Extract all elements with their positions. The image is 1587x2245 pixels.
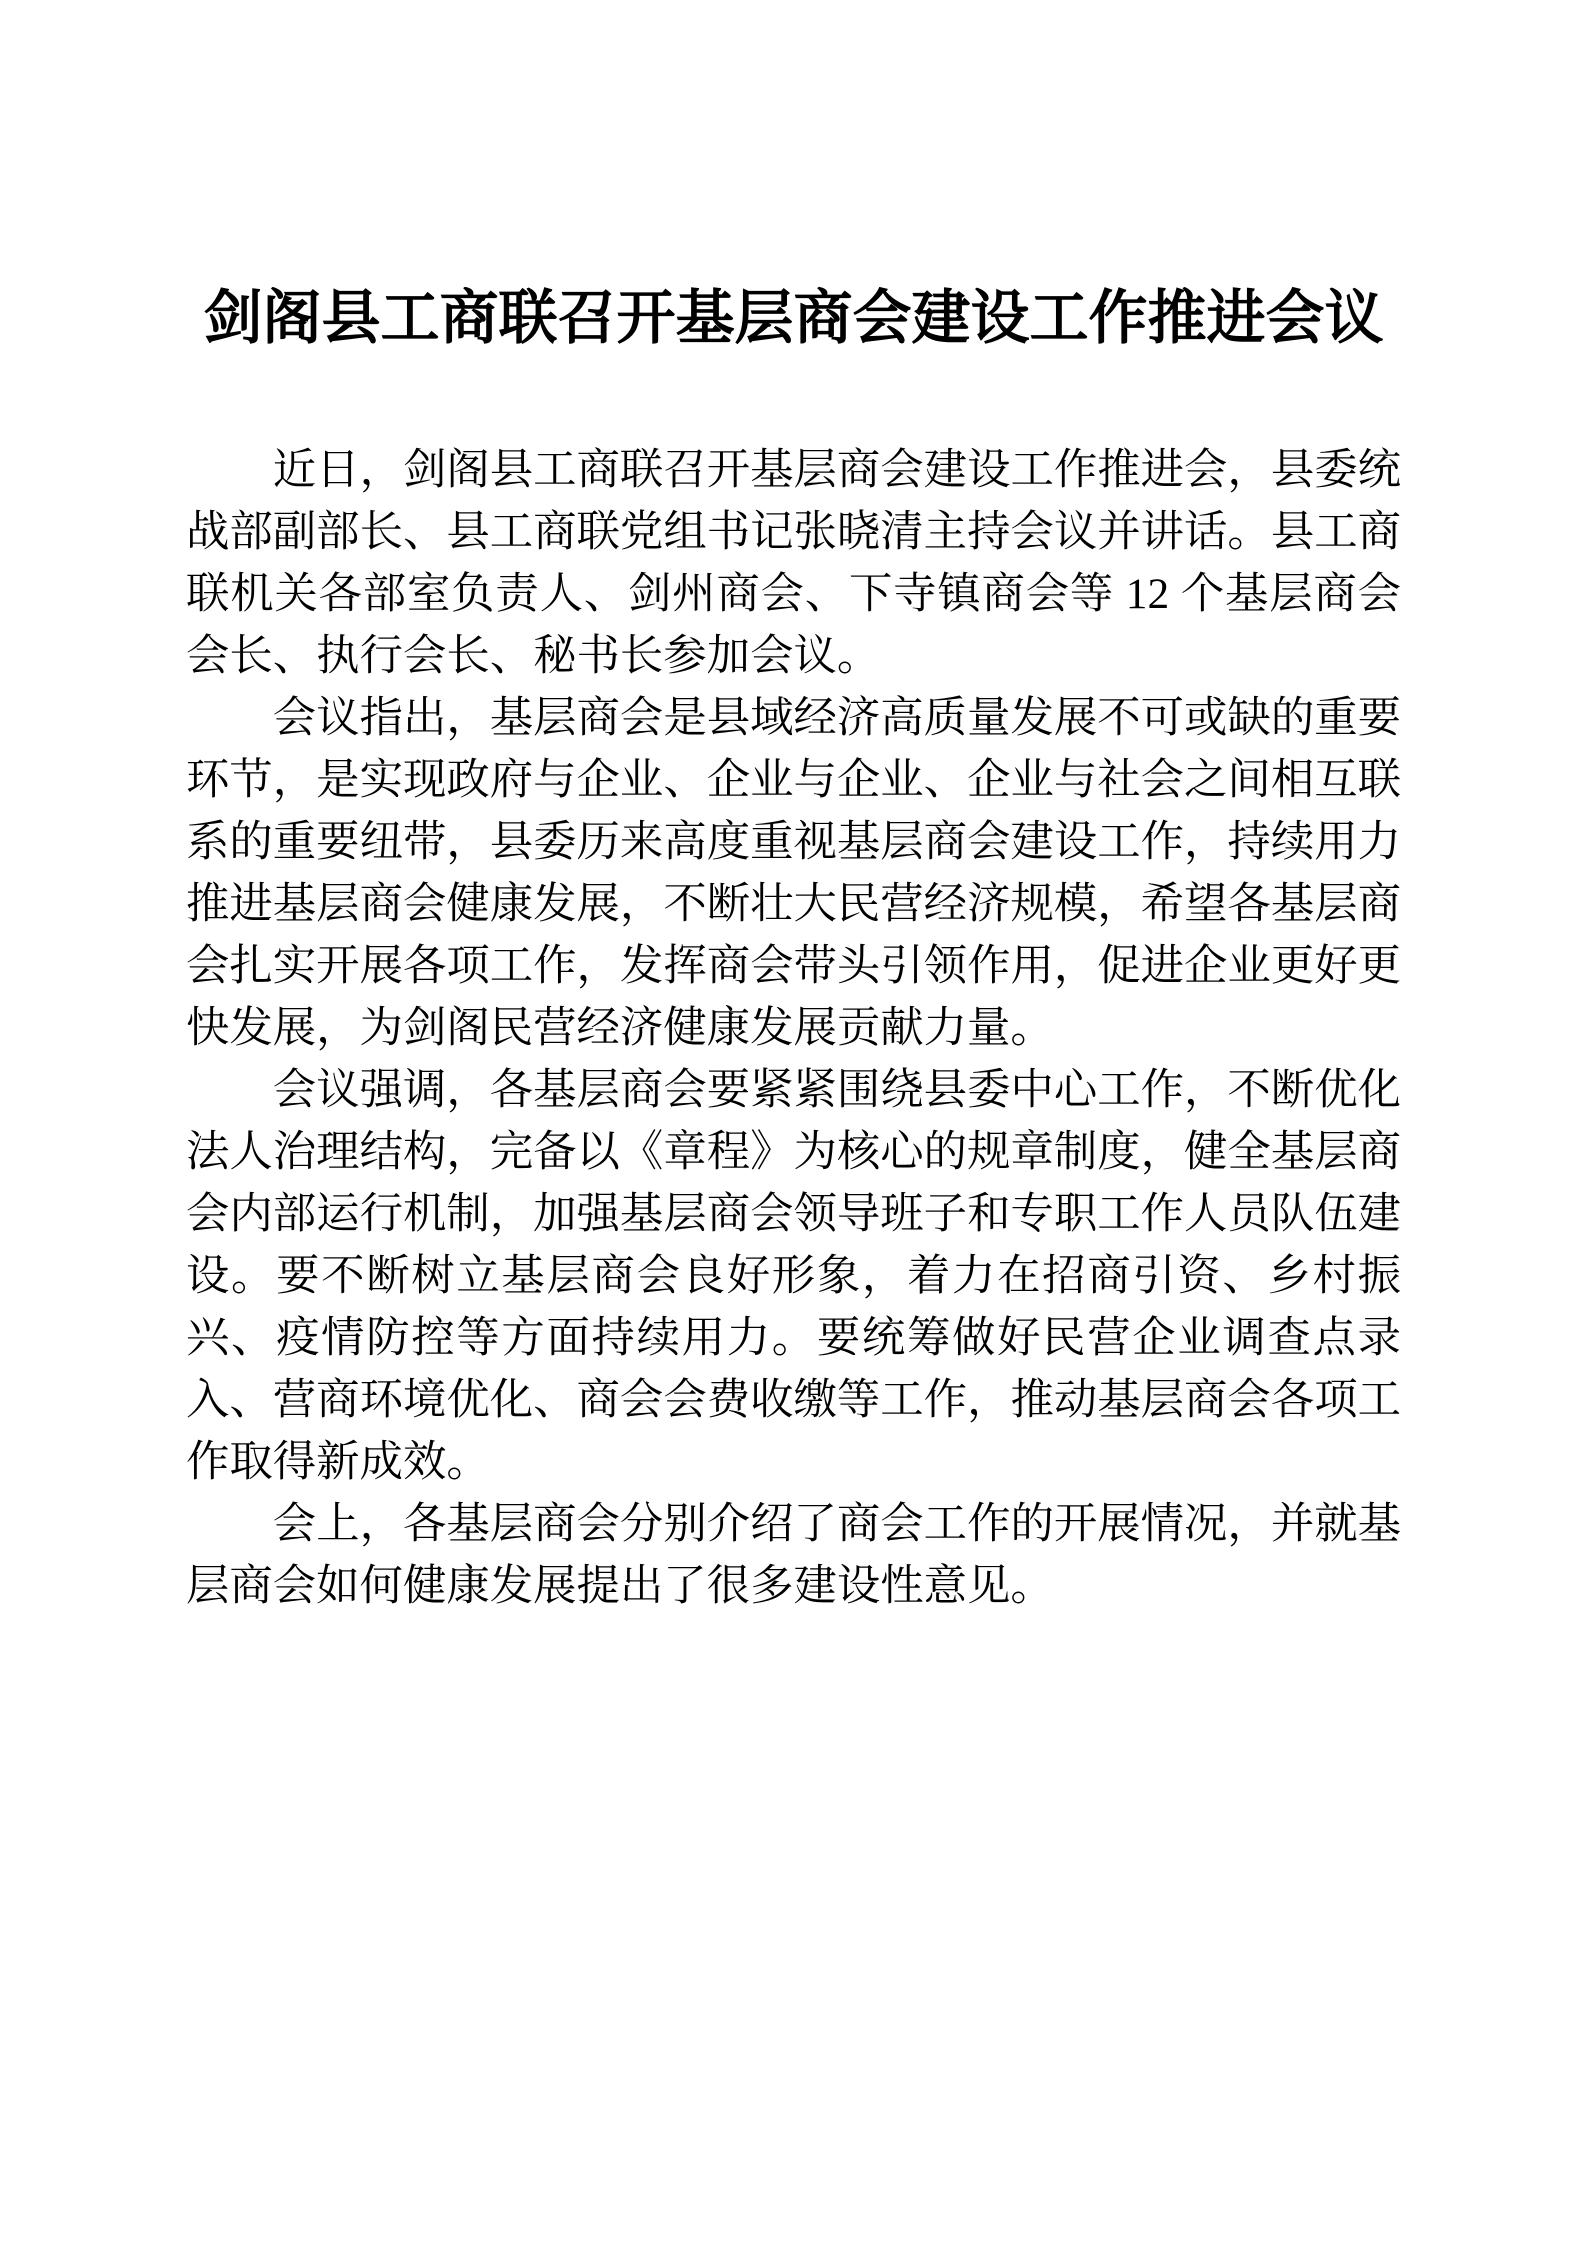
paragraph: 会上，各基层商会分别介绍了商会工作的开展情况，并就基层商会如何健康发展提出了很多…: [186, 1493, 1401, 1617]
document-page: 剑阁县工商联召开基层商会建设工作推进会议 近日，剑阁县工商联召开基层商会建设工作…: [0, 0, 1587, 2245]
document-body: 近日，剑阁县工商联召开基层商会建设工作推进会，县委统战部副部长、县工商联党组书记…: [186, 439, 1401, 1617]
paragraph: 近日，剑阁县工商联召开基层商会建设工作推进会，县委统战部副部长、县工商联党组书记…: [186, 439, 1401, 687]
document-title: 剑阁县工商联召开基层商会建设工作推进会议: [186, 283, 1401, 354]
paragraph: 会议强调，各基层商会要紧紧围绕县委中心工作，不断优化法人治理结构，完备以《章程》…: [186, 1059, 1401, 1493]
paragraph: 会议指出，基层商会是县域经济高质量发展不可或缺的重要环节，是实现政府与企业、企业…: [186, 687, 1401, 1059]
